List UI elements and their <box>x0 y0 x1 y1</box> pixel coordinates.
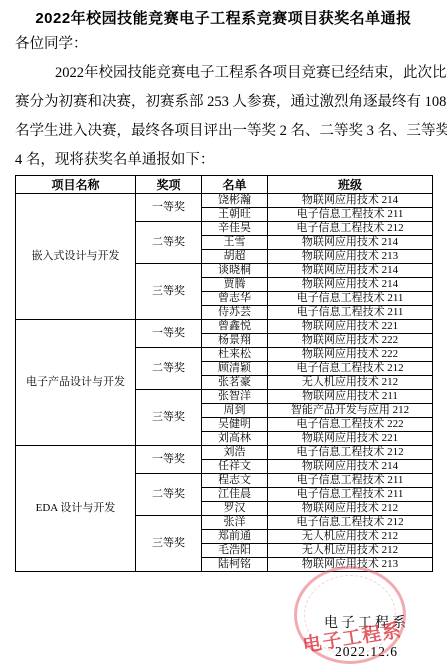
winner-class-cell: 电子信息工程技术 211 <box>268 306 433 320</box>
table-row: 嵌入式设计与开发一等奖饶彬瀚物联网应用技术 214 <box>16 194 433 208</box>
column-header: 班级 <box>268 176 433 194</box>
winner-class-cell: 物联网应用技术 222 <box>268 348 433 362</box>
body-line: 赛分为初赛和决赛，初赛系部 253 人参赛，通过激烈角逐最终有 108 <box>15 88 432 117</box>
column-header: 名单 <box>202 176 268 194</box>
winner-class-cell: 物联网应用技术 214 <box>268 278 433 292</box>
winner-name-cell: 饶彬瀚 <box>202 194 268 208</box>
award-level-cell: 三等奖 <box>136 264 202 320</box>
winner-name-cell: 侍苏芸 <box>202 306 268 320</box>
department-name: 电子工程系 <box>324 612 409 632</box>
winner-name-cell: 辛佳昊 <box>202 222 268 236</box>
document-page: 2022年校园技能竞赛电子工程系竞赛项目获奖名单通报 各位同学： 2022年校园… <box>0 0 447 666</box>
winner-class-cell: 物联网应用技术 214 <box>268 236 433 250</box>
winner-class-cell: 电子信息工程技术 212 <box>268 362 433 376</box>
winner-class-cell: 无人机应用技术 212 <box>268 376 433 390</box>
project-name-cell: 嵌入式设计与开发 <box>16 194 136 320</box>
winner-class-cell: 物联网应用技术 213 <box>268 558 433 572</box>
winner-name-cell: 刘高林 <box>202 432 268 446</box>
awards-table-body: 嵌入式设计与开发一等奖饶彬瀚物联网应用技术 214王朝旺电子信息工程技术 211… <box>16 194 433 572</box>
winner-class-cell: 物联网应用技术 213 <box>268 250 433 264</box>
winner-class-cell: 电子信息工程技术 211 <box>268 208 433 222</box>
award-level-cell: 三等奖 <box>136 516 202 572</box>
winner-name-cell: 罗汉 <box>202 502 268 516</box>
awards-table: 项目名称奖项名单班级 嵌入式设计与开发一等奖饶彬瀚物联网应用技术 214王朝旺电… <box>15 175 433 572</box>
project-name-cell: EDA 设计与开发 <box>16 446 136 572</box>
project-name-cell: 电子产品设计与开发 <box>16 320 136 446</box>
winner-name-cell: 顾清颖 <box>202 362 268 376</box>
winner-class-cell: 电子信息工程技术 222 <box>268 418 433 432</box>
award-level-cell: 一等奖 <box>136 446 202 474</box>
winner-name-cell: 贾腾 <box>202 278 268 292</box>
table-row: 电子产品设计与开发一等奖曾鑫悦物联网应用技术 221 <box>16 320 433 334</box>
winner-name-cell: 曾鑫悦 <box>202 320 268 334</box>
body-paragraph: 2022年校园技能竞赛电子工程系各项目竞赛已经结束，此次比赛分为初赛和决赛，初赛… <box>0 59 447 175</box>
award-level-cell: 三等奖 <box>136 390 202 446</box>
table-header-row: 项目名称奖项名单班级 <box>16 176 433 194</box>
award-level-cell: 二等奖 <box>136 222 202 264</box>
award-level-cell: 一等奖 <box>136 320 202 348</box>
body-line: 2022年校园技能竞赛电子工程系各项目竞赛已经结束，此次比 <box>15 59 432 88</box>
greeting-line: 各位同学： <box>15 30 432 59</box>
winner-name-cell: 王雪 <box>202 236 268 250</box>
winner-class-cell: 物联网应用技术 214 <box>268 194 433 208</box>
winner-class-cell: 物联网应用技术 221 <box>268 432 433 446</box>
winner-name-cell: 程志文 <box>202 474 268 488</box>
winner-name-cell: 吴健明 <box>202 418 268 432</box>
winner-class-cell: 电子信息工程技术 211 <box>268 474 433 488</box>
winner-class-cell: 物联网应用技术 221 <box>268 320 433 334</box>
winner-class-cell: 无人机应用技术 212 <box>268 544 433 558</box>
winner-name-cell: 张洋 <box>202 516 268 530</box>
winner-class-cell: 电子信息工程技术 212 <box>268 516 433 530</box>
signature-block: 电子工程系 2022.12.6 <box>324 612 409 660</box>
winner-name-cell: 胡超 <box>202 250 268 264</box>
winner-class-cell: 智能产品开发与应用 212 <box>268 404 433 418</box>
body-line: 名学生进入决赛，最终各项目评出一等奖 2 名、二等奖 3 名、三等奖 <box>15 117 432 146</box>
page-title: 2022年校园技能竞赛电子工程系竞赛项目获奖名单通报 <box>0 0 447 30</box>
winner-name-cell: 曾志华 <box>202 292 268 306</box>
winner-name-cell: 毛浩阳 <box>202 544 268 558</box>
winner-name-cell: 郑前通 <box>202 530 268 544</box>
winner-class-cell: 电子信息工程技术 212 <box>268 222 433 236</box>
winner-name-cell: 张茗豪 <box>202 376 268 390</box>
winner-class-cell: 电子信息工程技术 212 <box>268 446 433 460</box>
winner-name-cell: 陆柯铭 <box>202 558 268 572</box>
winner-class-cell: 物联网应用技术 214 <box>268 264 433 278</box>
winner-name-cell: 王朝旺 <box>202 208 268 222</box>
table-row: EDA 设计与开发一等奖刘浩电子信息工程技术 212 <box>16 446 433 460</box>
winner-name-cell: 任祥文 <box>202 460 268 474</box>
winner-class-cell: 无人机应用技术 212 <box>268 530 433 544</box>
award-level-cell: 二等奖 <box>136 348 202 390</box>
winner-name-cell: 周到 <box>202 404 268 418</box>
award-level-cell: 一等奖 <box>136 194 202 222</box>
winner-class-cell: 电子信息工程技术 211 <box>268 488 433 502</box>
winner-class-cell: 物联网应用技术 212 <box>268 502 433 516</box>
winner-name-cell: 杜来松 <box>202 348 268 362</box>
body-line: 4 名，现将获奖名单通报如下： <box>15 146 432 175</box>
winner-name-cell: 谈晓桐 <box>202 264 268 278</box>
winner-class-cell: 物联网应用技术 214 <box>268 460 433 474</box>
column-header: 项目名称 <box>16 176 136 194</box>
signature-date: 2022.12.6 <box>324 644 409 660</box>
column-header: 奖项 <box>136 176 202 194</box>
winner-class-cell: 电子信息工程技术 211 <box>268 292 433 306</box>
winner-name-cell: 杨景翔 <box>202 334 268 348</box>
winner-class-cell: 物联网应用技术 222 <box>268 334 433 348</box>
winner-name-cell: 江佳晨 <box>202 488 268 502</box>
winner-class-cell: 物联网应用技术 211 <box>268 390 433 404</box>
winner-name-cell: 张智洋 <box>202 390 268 404</box>
winner-name-cell: 刘浩 <box>202 446 268 460</box>
award-level-cell: 二等奖 <box>136 474 202 516</box>
